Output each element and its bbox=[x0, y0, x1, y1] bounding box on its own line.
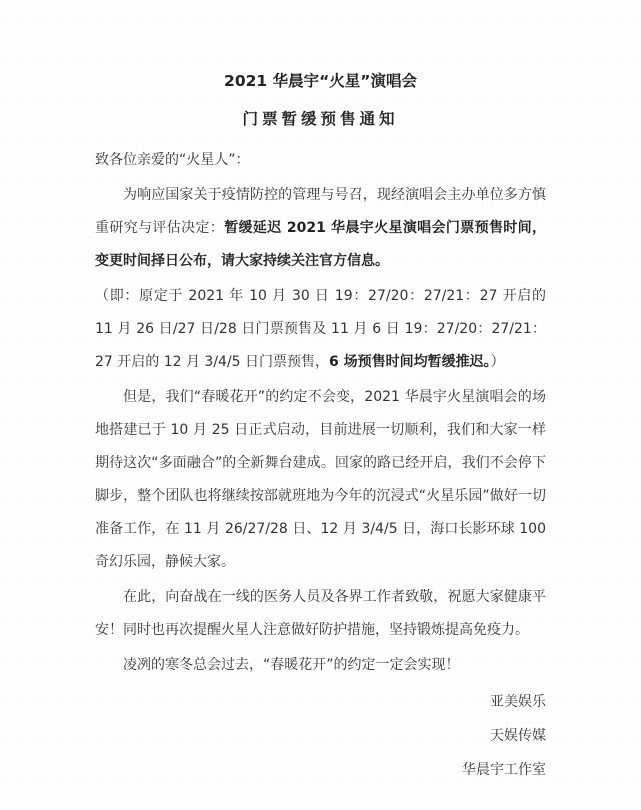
paragraph: 在此，向奋战在一线的医务人员及各界工作者致敬，祝愿大家健康平安！同时也再次提醒火… bbox=[95, 581, 546, 647]
signature-line: 亚美娱乐 bbox=[95, 685, 546, 719]
paragraph: 为响应国家关于疫情防控的管理与号召，现经演唱会主办单位多方慎重研究与评估决定：暂… bbox=[95, 179, 546, 278]
document-content: 2021 华晨宇“火星”演唱会 门票暂缓预售通知 致各位亲爱的“火星人”： 为响… bbox=[0, 70, 641, 787]
text-run: 在此，向奋战在一线的医务人员及各界工作者致敬，祝愿大家健康平安！同时也再次提醒火… bbox=[95, 589, 546, 638]
bold-text-run: 6 场预售时间均暂缓推迟。 bbox=[329, 354, 491, 370]
notice-document: 2021 华晨宇“火星”演唱会 门票暂缓预售通知 致各位亲爱的“火星人”： 为响… bbox=[0, 0, 641, 810]
document-title: 2021 华晨宇“火星”演唱会 bbox=[95, 70, 546, 92]
paragraph: 但是，我们“春暖花开”的约定不会变，2021 华晨宇火星演唱会的场地搭建已于 1… bbox=[95, 381, 546, 579]
signature-line: 天娱传媒 bbox=[95, 719, 546, 753]
salutation: 致各位亲爱的“火星人”： bbox=[95, 144, 546, 177]
text-run: 但是，我们“春暖花开”的约定不会变，2021 华晨宇火星演唱会的场地搭建已于 1… bbox=[95, 389, 546, 570]
signature-block: 亚美娱乐天娱传媒华晨宇工作室 bbox=[95, 685, 546, 787]
signature-line: 华晨宇工作室 bbox=[95, 753, 546, 787]
document-subtitle: 门票暂缓预售通知 bbox=[95, 108, 546, 130]
text-run: 凌冽的寒冬总会过去，“春暖花开”的约定一定会实现！ bbox=[123, 657, 460, 673]
paragraph: （即：原定于 2021 年 10 月 30 日 19：27/20：27/21：2… bbox=[95, 280, 546, 379]
text-run: ） bbox=[491, 354, 505, 370]
paragraph: 凌冽的寒冬总会过去，“春暖花开”的约定一定会实现！ bbox=[95, 649, 546, 682]
document-body: 为响应国家关于疫情防控的管理与号召，现经演唱会主办单位多方慎重研究与评估决定：暂… bbox=[95, 179, 546, 682]
